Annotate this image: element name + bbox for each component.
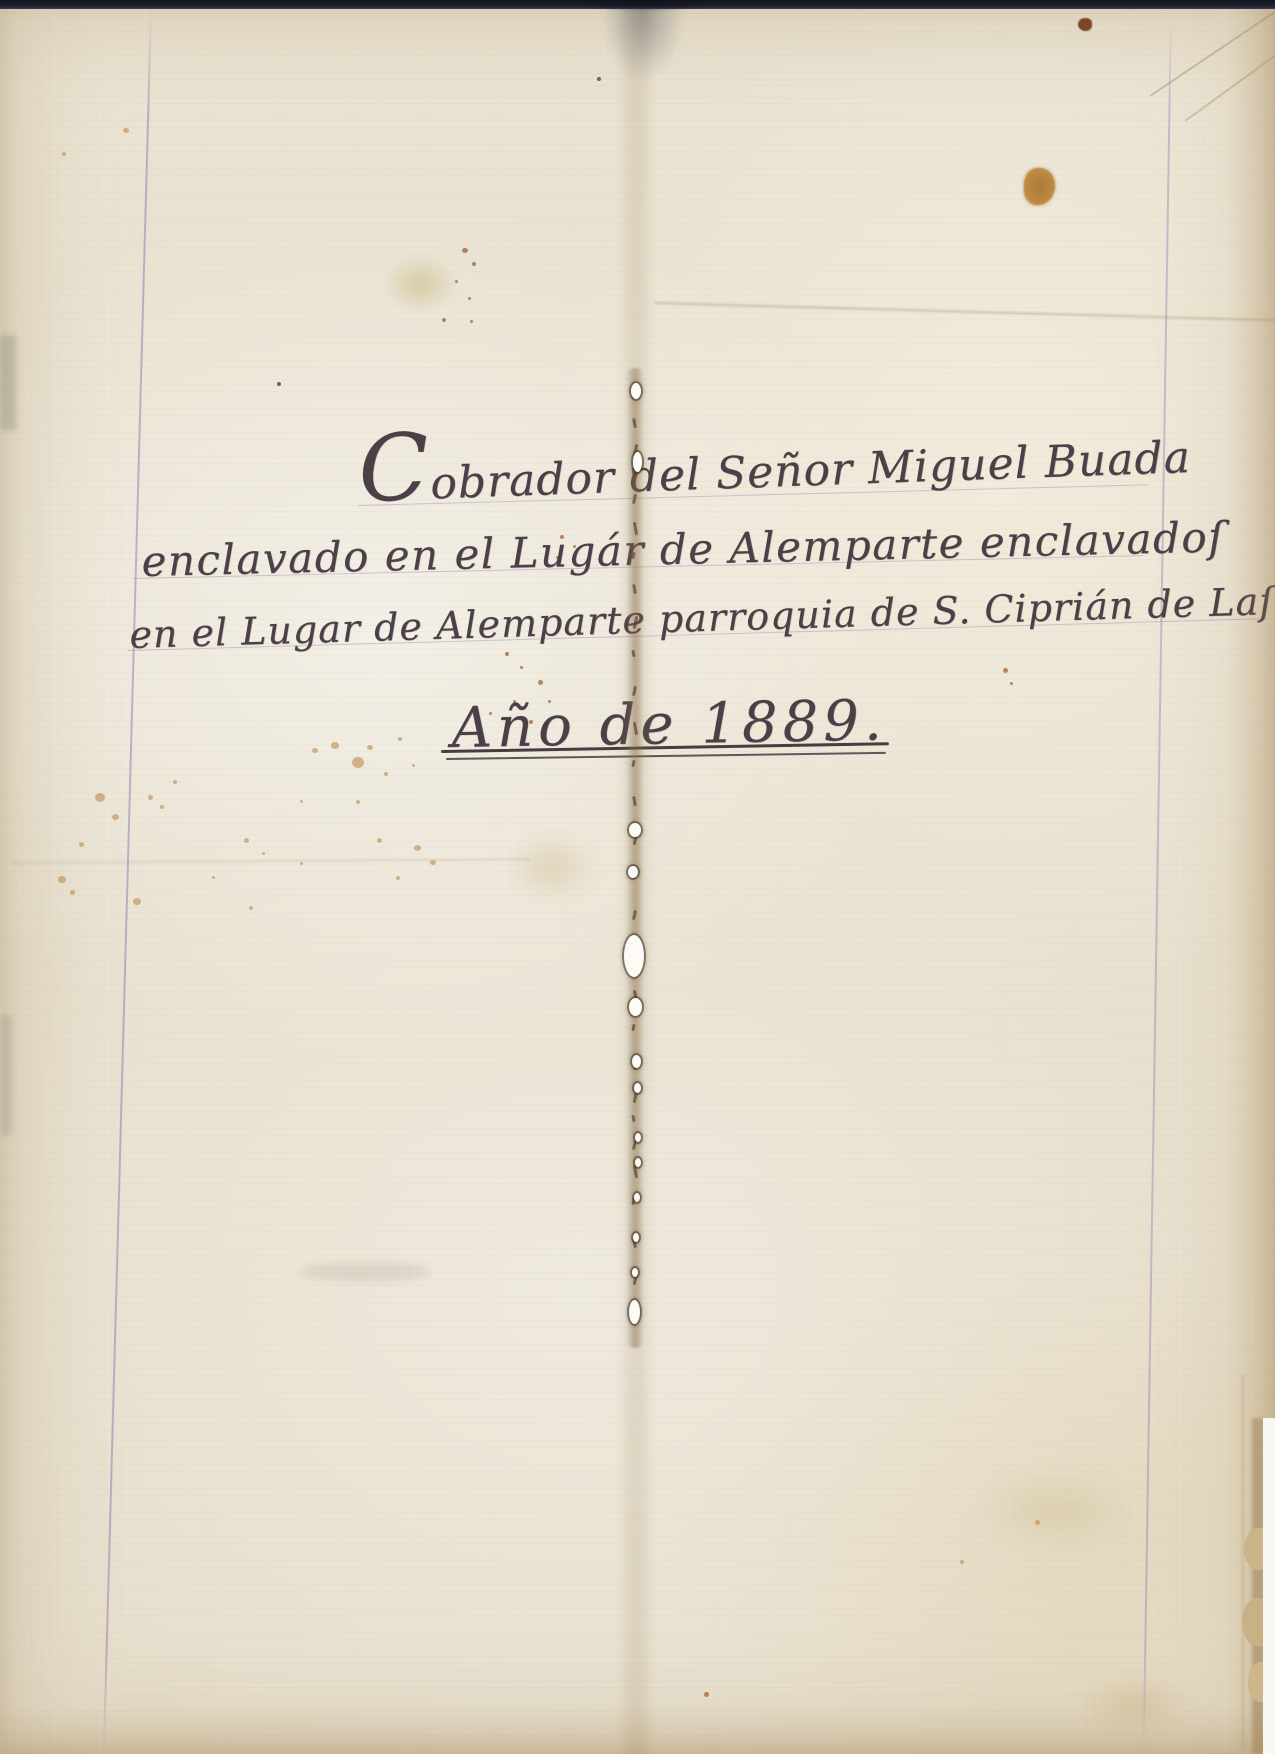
crease — [10, 858, 530, 863]
left-margin-line — [103, 10, 152, 1753]
fold-hole — [629, 998, 642, 1016]
crease — [655, 302, 1275, 321]
crease — [1185, 44, 1275, 122]
foxing-spot — [960, 1560, 964, 1564]
foxing-spot — [62, 152, 66, 156]
stitch-mark — [631, 1115, 635, 1122]
stain — [1078, 18, 1092, 31]
foxing-spot — [58, 876, 66, 883]
foxing-spot — [133, 898, 141, 905]
fold-hole — [634, 1083, 641, 1093]
fold-hole — [628, 866, 638, 878]
scanner-background — [1263, 1418, 1275, 1754]
foxing-spot — [356, 800, 360, 804]
foxing-spot — [262, 852, 265, 855]
foxing-spot — [430, 860, 436, 865]
foxing-spot — [468, 297, 471, 300]
foxing-spot — [538, 680, 543, 685]
foxing-spot — [244, 838, 249, 843]
stitch-mark — [631, 650, 635, 657]
stain — [1075, 1675, 1195, 1735]
fold-hole — [635, 1158, 641, 1167]
stitch-mark — [632, 584, 637, 594]
foxing-spot — [520, 666, 523, 669]
foxing-spot — [412, 764, 415, 767]
foxing-spot — [1010, 682, 1013, 685]
foxing-spot — [472, 262, 476, 266]
manuscript-line-1: Cobrador del Señor Miguel Buada — [357, 395, 1192, 516]
page-edge-shading — [0, 1706, 1275, 1754]
page-edge-mark — [0, 335, 16, 430]
scanner-edge-shadow — [560, 0, 730, 17]
foxing-spot — [398, 737, 402, 741]
fold-hole — [633, 1233, 639, 1242]
fold-top-shadow — [588, 0, 698, 140]
stain — [385, 255, 457, 313]
foxing-spot — [112, 814, 119, 820]
foxing-spot — [173, 780, 177, 784]
paper-texture — [0, 0, 1275, 1754]
stain — [975, 1470, 1135, 1550]
foxing-spot — [462, 248, 468, 253]
page-edge-mark — [0, 1015, 12, 1135]
fold-hole — [629, 1300, 640, 1324]
foxing-spot — [95, 793, 105, 802]
foxing-spot — [1035, 1520, 1040, 1525]
foxing-spot — [367, 745, 373, 750]
fold-hole — [631, 383, 641, 399]
foxing-spot — [160, 805, 164, 809]
foxing-spot — [300, 800, 303, 803]
fold-hole — [624, 935, 644, 977]
foxing-spot — [384, 772, 388, 776]
center-fold-crease — [616, 0, 656, 1754]
foxing-spot — [331, 742, 339, 749]
fold-hole — [635, 1133, 641, 1142]
foxing-spot — [312, 748, 318, 753]
foxing-spot — [300, 862, 303, 865]
stain — [505, 830, 600, 905]
foxing-spot — [123, 128, 129, 133]
fold-hole — [634, 1193, 640, 1202]
crease — [1242, 1375, 1244, 1750]
foxing-spot — [704, 1692, 709, 1697]
foxing-spot — [212, 876, 215, 879]
fold-hole — [633, 452, 642, 472]
stain — [1024, 168, 1055, 205]
fold-hole — [632, 1055, 641, 1068]
foxing-spot — [148, 795, 153, 800]
stitch-mark — [631, 760, 635, 767]
fold-hole — [632, 1268, 638, 1277]
foxing-spot — [377, 838, 382, 843]
foxing-spot — [396, 876, 400, 880]
manuscript-line-3: en el Lugar de Alemparte parroquia de S.… — [129, 581, 1275, 654]
foxing-spot — [505, 652, 509, 656]
foxing-spot — [1003, 668, 1008, 673]
stitch-mark — [632, 910, 637, 920]
foxing-spot — [455, 280, 458, 283]
foxing-spot — [442, 318, 446, 322]
foxing-spot — [277, 382, 281, 386]
right-margin-line — [1143, 10, 1172, 1754]
foxing-spot — [414, 845, 421, 851]
foxing-spot — [470, 320, 473, 323]
foxing-spot — [249, 906, 253, 910]
fold-hole — [629, 823, 641, 837]
foxing-spot — [597, 77, 601, 81]
foxing-spot — [352, 757, 364, 768]
foxing-spot — [79, 842, 84, 847]
foxing-spot — [70, 890, 75, 895]
scanned-manuscript-page: Cobrador del Señor Miguel Buada enclavad… — [0, 0, 1275, 1754]
stitch-mark — [632, 796, 637, 806]
stitch-mark — [631, 1024, 635, 1031]
manuscript-line-2: enclavado en el Lugár de Alemparte encla… — [141, 516, 1226, 583]
bleed-through-smudge — [300, 1262, 430, 1282]
